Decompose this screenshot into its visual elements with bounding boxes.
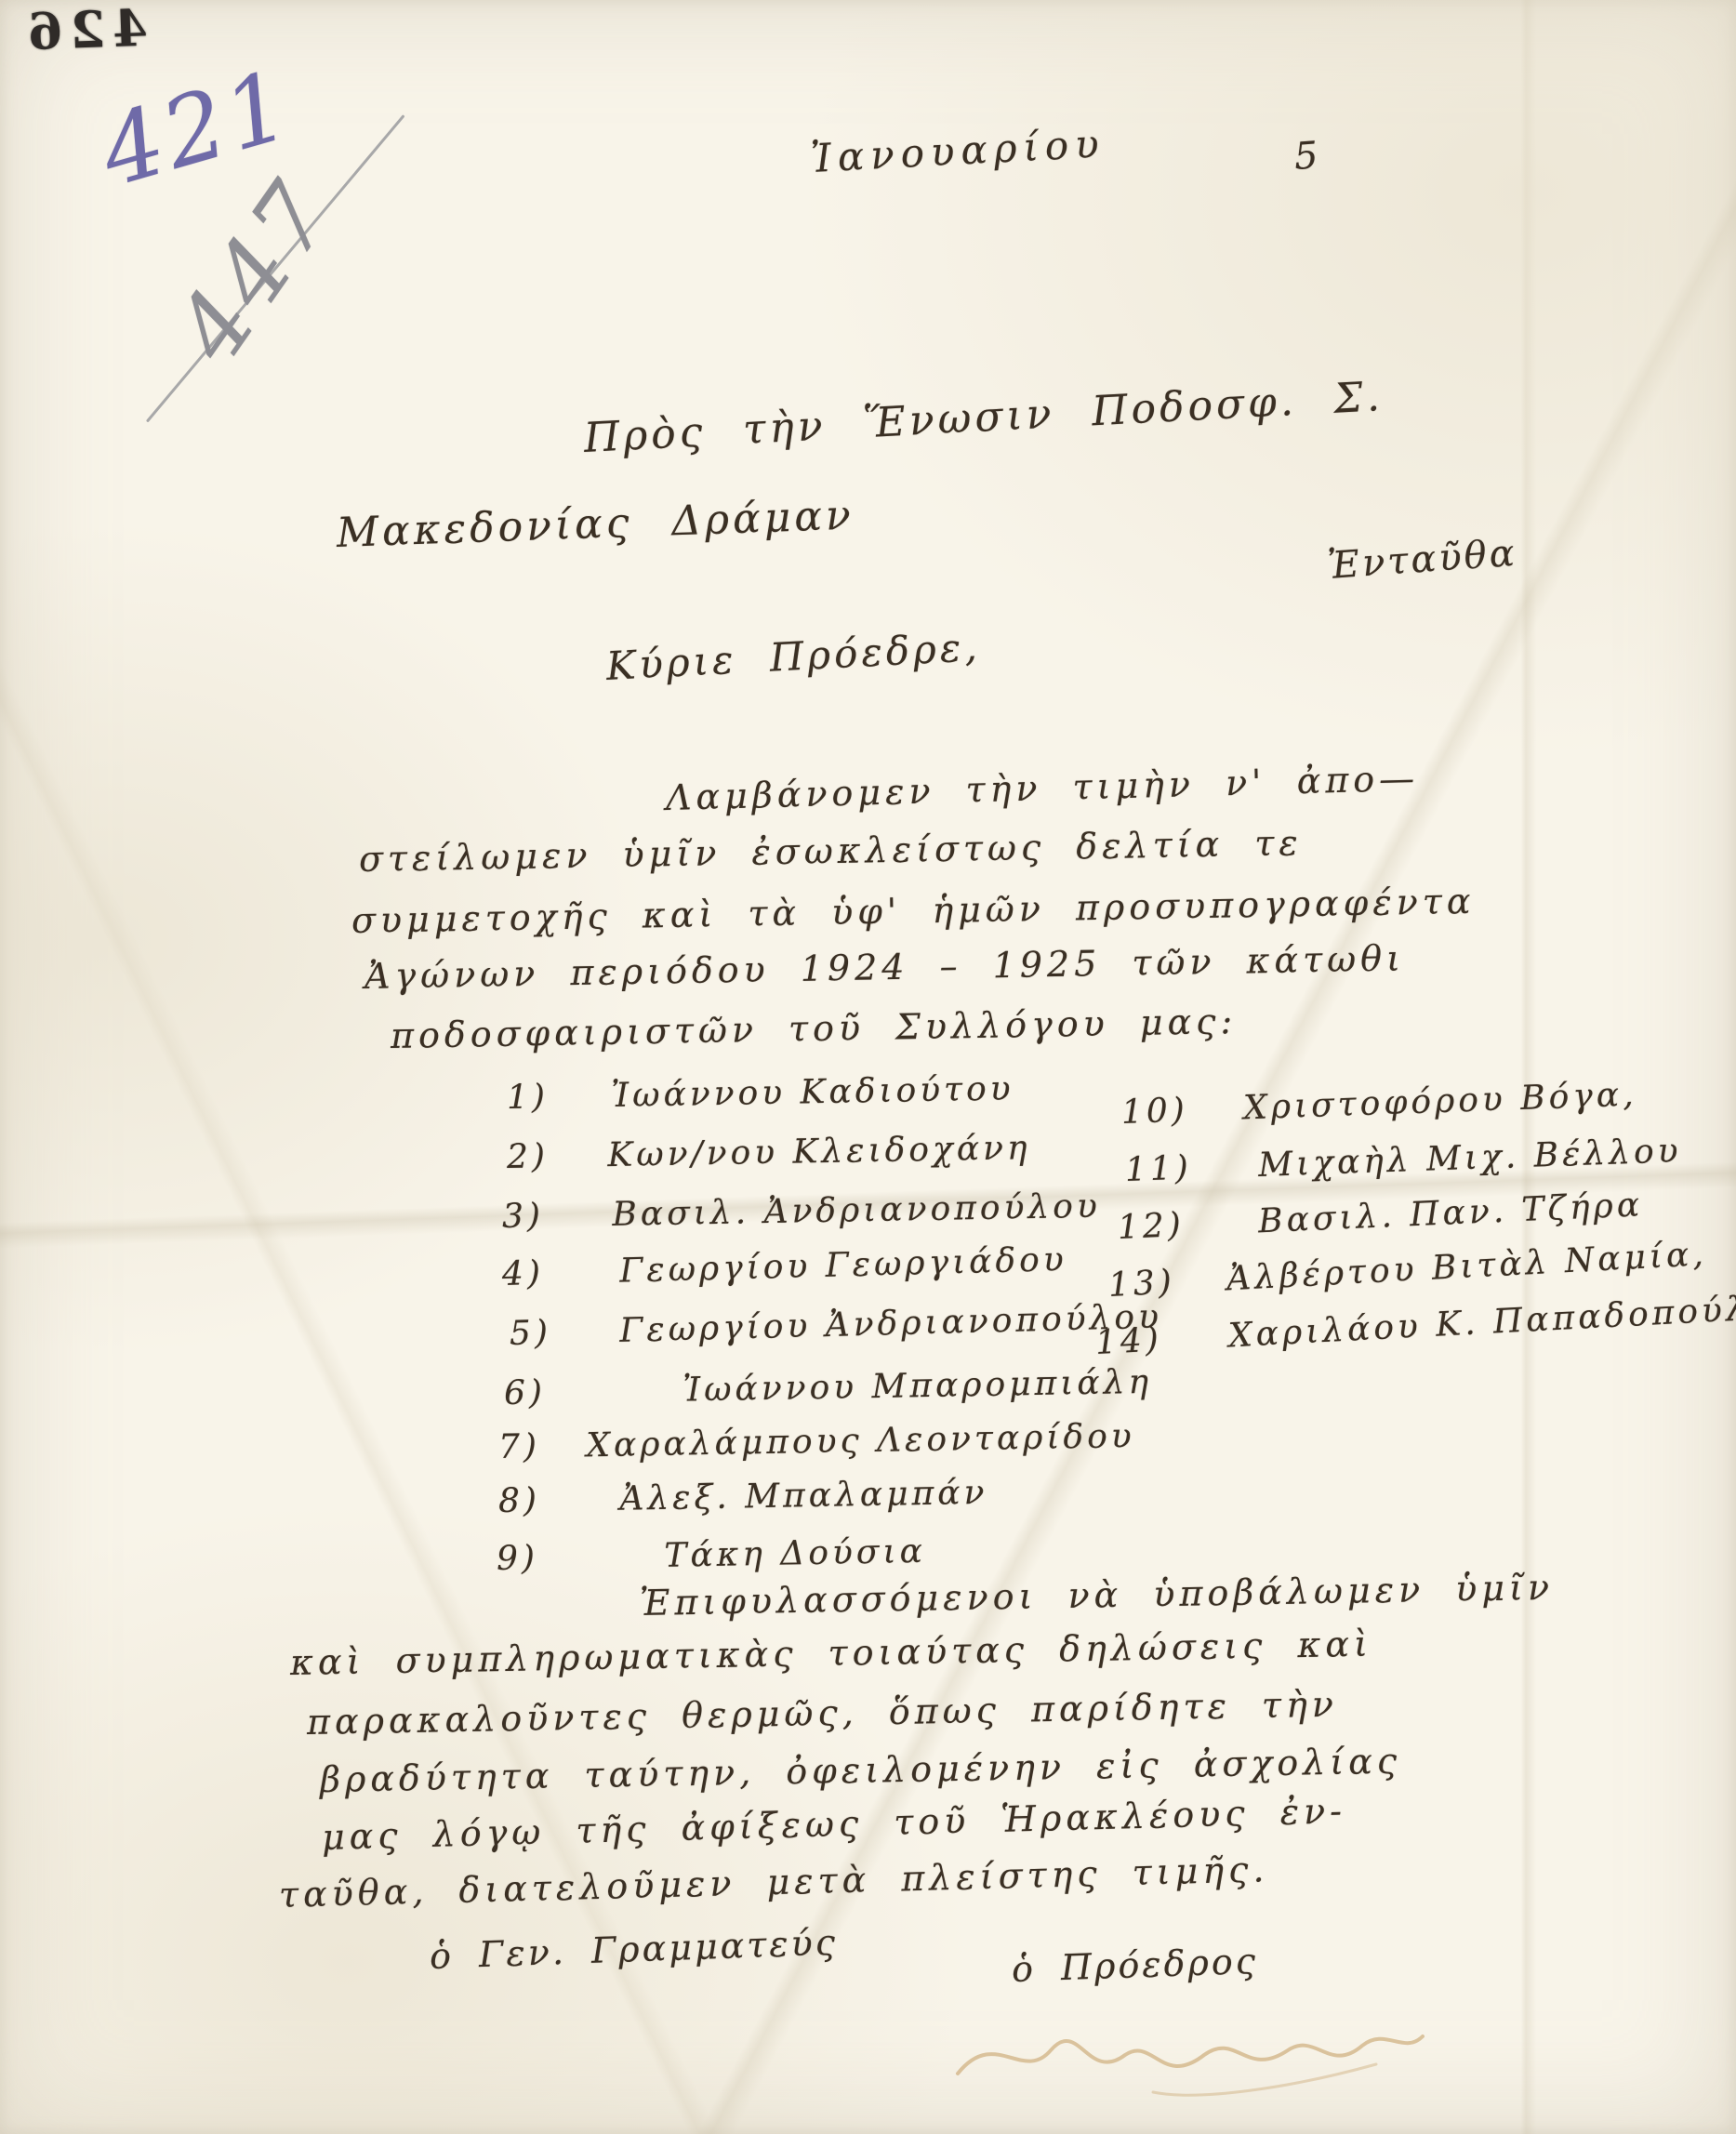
player-row: 11) Μιχαὴλ Μιχ. Βέλλου [1124,1132,1682,1189]
player-row: 3) Βασιλ. Ἀνδριανοπούλου [502,1187,1101,1236]
page-number-stamp-mirrored: 426 [20,0,149,61]
player-number: 4) [501,1254,544,1293]
player-number: 6) [504,1373,547,1412]
player-name: Χαριλάου Κ. Παπαδοπούλου [1227,1287,1736,1355]
player-name: Ἰωάννου Καδιούτου [611,1069,1014,1115]
player-row: 4) Γεωργίου Γεωργιάδου [501,1240,1067,1293]
salutation: Κύριε Πρόεδρε, [605,624,982,689]
body-closing-line-4: βραδύτητα ταύτην, ὀφειλομένην εἰς ἀσχολί… [320,1741,1402,1800]
player-number: 5) [509,1314,551,1353]
player-row: 8) Ἀλεξ. Μπαλαμπάν [498,1474,988,1520]
player-number: 1) [507,1078,550,1117]
player-number: 12) [1117,1206,1186,1247]
date-day: 5 [1292,134,1319,179]
player-row: 9) Τάκη Δούσια [497,1532,927,1578]
player-name: Χριστοφόρου Βόγα, [1243,1076,1638,1128]
body-opening-line-5: ποδοσφαιριστῶν τοῦ Συλλόγου μας: [391,1001,1238,1056]
player-row: 7) Χαραλάμπους Λεονταρίδου [498,1417,1135,1466]
player-number: 2) [507,1137,550,1176]
player-number: 13) [1107,1263,1176,1305]
addressee-line-3: Ἐνταῦθα [1326,532,1518,588]
player-number: 10) [1120,1092,1188,1132]
body-closing-line-1: Ἐπιφυλασσόμενοι νὰ ὑποβάλωμεν ὑμῖν [640,1567,1555,1624]
player-row: 2) Κων/νου Κλειδοχάνη [507,1129,1031,1176]
archival-number-grey: 447 [154,160,355,381]
player-name: Ἀλεξ. Μπαλαμπάν [619,1474,988,1518]
player-name: Χαραλάμπους Λεονταρίδου [586,1417,1135,1465]
player-number: 9) [497,1539,539,1578]
player-row: 10) Χριστοφόρου Βόγα, [1120,1076,1637,1132]
player-row: 1) Ἰωάννου Καδιούτου [507,1069,1014,1117]
player-row: 6) Ἰωάννου Μπαρομπιάλη [504,1363,1153,1412]
player-number: 3) [502,1197,545,1236]
body-opening-line-4: Ἀγώνων περιόδου 1924 – 1925 τῶν κάτωθι [364,937,1406,997]
player-name: Μιχαὴλ Μιχ. Βέλλου [1258,1132,1683,1185]
player-name: Ἀλβέρτου Βιτὰλ Ναμία, [1226,1235,1708,1298]
body-opening-line-3: συμμετοχῆς καὶ τὰ ὑφ' ἡμῶν προσυπογραφέν… [351,881,1476,941]
player-number: 8) [498,1481,541,1520]
player-name: Κων/νου Κλειδοχάνη [607,1129,1031,1174]
player-row: 13) Ἀλβέρτου Βιτὰλ Ναμία, [1107,1235,1708,1305]
player-name: Γεωργίου Ἀνδριανοπούλου [619,1298,1163,1350]
player-number: 14) [1094,1320,1163,1362]
addressee-line-2: Μακεδονίας Δράμαν [336,492,855,557]
body-opening-line-2: στείλωμεν ὑμῖν ἐσωκλείστως δελτία τε [359,822,1303,880]
player-name: Τάκη Δούσια [664,1532,926,1575]
signoff-president: ὁ Πρόεδρος [1011,1941,1258,1990]
player-name: Βασιλ. Παν. Τζήρα [1257,1186,1644,1240]
body-closing-line-5: μας λόγῳ τῆς ἀφίξεως τοῦ Ἡρακλέους ἐν- [321,1790,1346,1858]
body-closing-line-6: ταῦθα, διατελοῦμεν μετὰ πλείστης τιμῆς. [278,1849,1268,1915]
player-number: 11) [1124,1149,1192,1189]
player-row: 12) Βασιλ. Παν. Τζήρα [1117,1186,1644,1247]
signoff-secretary: ὁ Γεν. Γραμματεύς [429,1922,838,1977]
player-name: Ἰωάννου Μπαρομπιάλη [682,1363,1152,1410]
body-closing-line-3: παρακαλοῦντες θερμῶς, ὅπως παρίδητε τὴν [307,1684,1339,1743]
player-name: Βασιλ. Ἀνδριανοπούλου [612,1187,1101,1234]
scanned-letter-page: 426 421 447 Ἰανουαρίου 5 Πρὸς τὴν Ἕνωσιν… [0,0,1736,2134]
player-number: 7) [498,1427,541,1466]
body-opening-line-1: Λαμβάνομεν τὴν τιμὴν ν' ἀπο— [665,758,1419,818]
date-month: Ἰανουαρίου [810,120,1107,181]
addressee-line-1: Πρὸς τὴν Ἕνωσιν Ποδοσφ. Σ. [583,373,1385,462]
body-closing-line-2: καὶ συμπληρωματικὰς τοιαύτας δηλώσεις κα… [290,1624,1373,1683]
player-name: Γεωργίου Γεωργιάδου [619,1240,1067,1291]
player-row: 5) Γεωργίου Ἀνδριανοπούλου [509,1298,1162,1353]
